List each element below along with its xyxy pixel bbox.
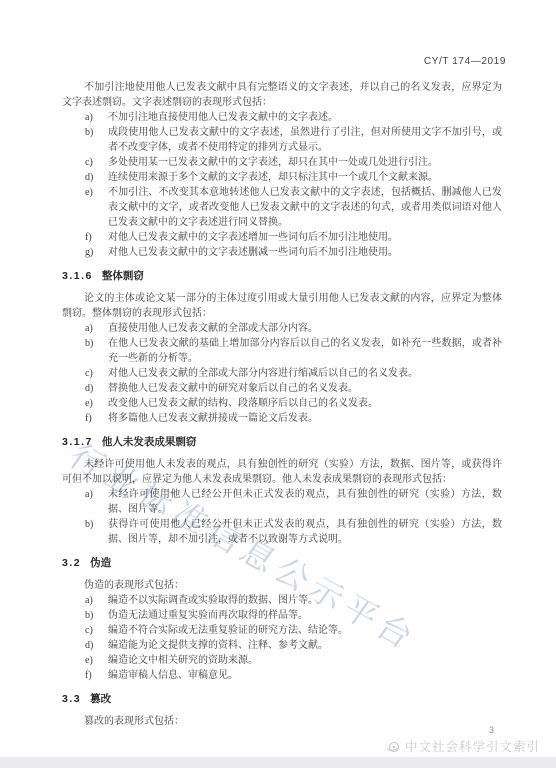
list-item: a)未经许可使用他人已经公开但未正式发表的观点，具有独创性的研究（实验）方法，数… — [62, 487, 502, 517]
list-item-label: a) — [85, 110, 108, 125]
list-item-label: a) — [85, 593, 108, 608]
list-item-text: 编造不以实际调查或实验取得的数据、图片等。 — [108, 593, 502, 608]
list-item-label: c) — [85, 623, 108, 638]
list-item: c)编造不符合实际或无法重复验证的研究方法、结论等。 — [62, 623, 502, 638]
list-item-label: e) — [85, 396, 108, 411]
list-item-label: f) — [85, 230, 108, 245]
list-item-text: 改变他人已发表文献的结构、段落顺序后以自己的名义发表。 — [108, 396, 502, 411]
section-list: a)编造不以实际调查或实验取得的数据、图片等。b)伪造无法通过重复实验而再次取得… — [62, 593, 502, 683]
list-item-label: d) — [85, 170, 108, 185]
list-item-label: b) — [85, 125, 108, 155]
list-item: d)编造能为论文提供支撑的资料、注释、参考文献。 — [62, 638, 502, 653]
section-heading: 3.2伪造 — [62, 556, 502, 571]
section-list: a)直接使用他人已发表文献的全部或大部分内容。b)在他人已发表文献的基础上增加部… — [62, 321, 502, 426]
document-page: CY/T 174—2019 行业标准信息公示平台 不加引注地使用他人已发表文献中… — [0, 0, 556, 768]
list-item-text: 编造论文中相关研究的资助来源。 — [108, 653, 502, 668]
list-item-label: c) — [85, 366, 108, 381]
list-item-text: 编造能为论文提供支撑的资料、注释、参考文献。 — [108, 638, 502, 653]
list-item: a)不加引注地直接使用他人已发表文献中的文字表述。 — [62, 110, 502, 125]
list-item: a)直接使用他人已发表文献的全部或大部分内容。 — [62, 321, 502, 336]
list-item: f)将多篇他人已发表文献拼接成一篇论文后发表。 — [62, 411, 502, 426]
paragraph: 论文的主体或论文某一部分的主体过度引用或大量引用他人已发表文献的内容，应界定为整… — [62, 291, 502, 321]
cssci-logo-icon — [386, 739, 401, 754]
page-number: 3 — [489, 725, 494, 735]
list-item-text: 对他人已发表文献的全部或大部分内容进行缩减后以自己的名义发表。 — [108, 366, 502, 381]
section-paragraphs: 论文的主体或论文某一部分的主体过度引用或大量引用他人已发表文献的内容，应界定为整… — [62, 291, 502, 321]
list-item: b)成段使用他人已发表文献中的文字表述，虽然进行了引注，但对所使用文字不加引号，… — [62, 125, 502, 155]
section-list: a)未经许可使用他人已经公开但未正式发表的观点，具有独创性的研究（实验）方法，数… — [62, 487, 502, 547]
list-item-label: b) — [85, 336, 108, 366]
list-item-label: g) — [85, 245, 108, 260]
section-number: 3.1.7 — [62, 436, 93, 448]
list-item: e)改变他人已发表文献的结构、段落顺序后以自己的名义发表。 — [62, 396, 502, 411]
section-paragraphs: 伪造的表现形式包括： — [62, 578, 502, 593]
list-item-text: 未经许可使用他人已经公开但未正式发表的观点，具有独创性的研究（实验）方法，数据、… — [108, 487, 502, 517]
list-item: f)编造审稿人信息、审稿意见。 — [62, 668, 502, 683]
section-title: 篡改 — [90, 693, 111, 705]
list-item-label: b) — [85, 517, 108, 547]
list-item: e)不加引注、不改变其本意地转述他人已发表文献中的文字表述，包括概括、删减他人已… — [62, 185, 502, 230]
list-item-text: 对他人已发表文献中的文字表述删减一些词句后不加引注地使用。 — [108, 245, 502, 260]
section: 3.1.7他人未发表成果剽窃 未经许可使用他人未发表的观点，具有独创性的研究（实… — [62, 435, 502, 547]
list-item-label: d) — [85, 381, 108, 396]
section: 不加引注地使用他人已发表文献中具有完整语义的文字表述，并以自己的名义发表，应界定… — [62, 80, 502, 260]
scan-edge-strip — [0, 757, 556, 768]
section-paragraphs: 不加引注地使用他人已发表文献中具有完整语义的文字表述，并以自己的名义发表，应界定… — [62, 80, 502, 110]
list-item-text: 编造不符合实际或无法重复验证的研究方法、结论等。 — [108, 623, 502, 638]
list-item-text: 不加引注地直接使用他人已发表文献中的文字表述。 — [108, 110, 502, 125]
footer-logo: 中文社会科学引文索引 — [386, 737, 540, 755]
list-item-text: 编造审稿人信息、审稿意见。 — [108, 668, 502, 683]
list-item-text: 不加引注、不改变其本意地转述他人已发表文献中的文字表述，包括概括、删减他人已发表… — [108, 185, 502, 230]
section-paragraphs: 未经许可使用他人未发表的观点，具有独创性的研究（实验）方法，数据、图片等，或获得… — [62, 457, 502, 487]
section-number: 3.1.6 — [62, 270, 93, 282]
list-item-label: a) — [85, 321, 108, 336]
section-heading: 3.3篡改 — [62, 692, 502, 707]
list-item: c)多处使用某一已发表文献中的文字表述，却只在其中一处或几处进行引注。 — [62, 155, 502, 170]
standard-code-header: CY/T 174—2019 — [424, 56, 506, 67]
list-item-label: f) — [85, 411, 108, 426]
section-heading: 3.1.7他人未发表成果剽窃 — [62, 435, 502, 450]
list-item: b)获得许可使用他人已经公开但未正式发表的观点，具有独创性的研究（实验）方法，数… — [62, 517, 502, 547]
paragraph: 伪造的表现形式包括： — [62, 578, 502, 593]
list-item-label: d) — [85, 638, 108, 653]
list-item-text: 伪造无法通过重复实验而再次取得的样品等。 — [108, 608, 502, 623]
list-item-label: e) — [85, 185, 108, 230]
paragraph: 未经许可使用他人未发表的观点，具有独创性的研究（实验）方法，数据、图片等，或获得… — [62, 457, 502, 487]
section-list: a)不加引注地直接使用他人已发表文献中的文字表述。b)成段使用他人已发表文献中的… — [62, 110, 502, 260]
list-item: d)替换他人已发表文献中的研究对象后以自己的名义发表。 — [62, 381, 502, 396]
list-item-text: 成段使用他人已发表文献中的文字表述，虽然进行了引注，但对所使用文字不加引号，或者… — [108, 125, 502, 155]
list-item: g)对他人已发表文献中的文字表述删减一些词句后不加引注地使用。 — [62, 245, 502, 260]
list-item-label: a) — [85, 487, 108, 517]
list-item-text: 获得许可使用他人已经公开但未正式发表的观点，具有独创性的研究（实验）方法，数据、… — [108, 517, 502, 547]
document-body: 不加引注地使用他人已发表文献中具有完整语义的文字表述，并以自己的名义发表，应界定… — [62, 80, 502, 729]
list-item-label: e) — [85, 653, 108, 668]
section: 3.1.6整体剽窃 论文的主体或论文某一部分的主体过度引用或大量引用他人已发表文… — [62, 269, 502, 426]
list-item-label: b) — [85, 608, 108, 623]
section: 3.3篡改 篡改的表现形式包括： — [62, 692, 502, 729]
footer-logo-label: 中文社会科学引文索引 — [405, 737, 540, 755]
section-paragraphs: 篡改的表现形式包括： — [62, 714, 502, 729]
list-item-text: 连续使用来源于多个文献的文字表述，却只标注其中一个或几个文献来源。 — [108, 170, 502, 185]
section-heading: 3.1.6整体剽窃 — [62, 269, 502, 284]
list-item-text: 多处使用某一已发表文献中的文字表述，却只在其中一处或几处进行引注。 — [108, 155, 502, 170]
list-item: d)连续使用来源于多个文献的文字表述，却只标注其中一个或几个文献来源。 — [62, 170, 502, 185]
list-item: e)编造论文中相关研究的资助来源。 — [62, 653, 502, 668]
list-item-text: 将多篇他人已发表文献拼接成一篇论文后发表。 — [108, 411, 502, 426]
section-title: 他人未发表成果剽窃 — [102, 436, 197, 448]
list-item-text: 直接使用他人已发表文献的全部或大部分内容。 — [108, 321, 502, 336]
section: 3.2伪造 伪造的表现形式包括： a)编造不以实际调查或实验取得的数据、图片等。… — [62, 556, 502, 683]
section-title: 伪造 — [90, 557, 111, 569]
list-item: f)对他人已发表文献中的文字表述增加一些词句后不加引注地使用。 — [62, 230, 502, 245]
section-number: 3.2 — [62, 557, 81, 569]
list-item-text: 替换他人已发表文献中的研究对象后以自己的名义发表。 — [108, 381, 502, 396]
list-item: b)在他人已发表文献的基础上增加部分内容后以自己的名义发表，如补充一些数据，或者… — [62, 336, 502, 366]
list-item-label: c) — [85, 155, 108, 170]
paragraph: 不加引注地使用他人已发表文献中具有完整语义的文字表述，并以自己的名义发表，应界定… — [62, 80, 502, 110]
list-item-text: 对他人已发表文献中的文字表述增加一些词句后不加引注地使用。 — [108, 230, 502, 245]
list-item: b)伪造无法通过重复实验而再次取得的样品等。 — [62, 608, 502, 623]
paragraph: 篡改的表现形式包括： — [62, 714, 502, 729]
list-item: a)编造不以实际调查或实验取得的数据、图片等。 — [62, 593, 502, 608]
section-title: 整体剽窃 — [102, 270, 144, 282]
list-item-label: f) — [85, 668, 108, 683]
list-item-text: 在他人已发表文献的基础上增加部分内容后以自己的名义发表，如补充一些数据，或者补充… — [108, 336, 502, 366]
section-number: 3.3 — [62, 693, 81, 705]
list-item: c)对他人已发表文献的全部或大部分内容进行缩减后以自己的名义发表。 — [62, 366, 502, 381]
